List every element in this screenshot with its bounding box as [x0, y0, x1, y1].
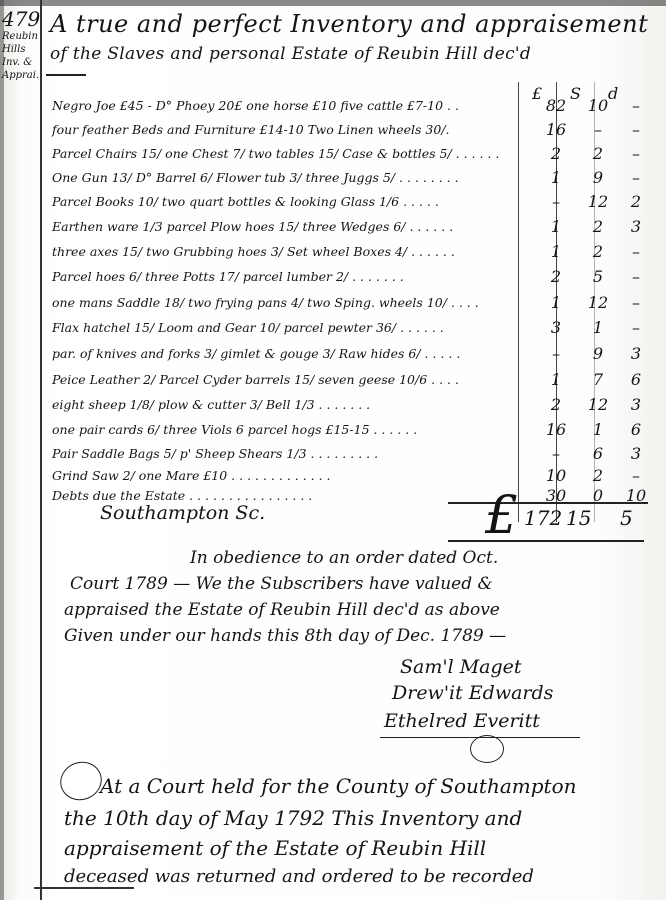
item-pounds: 2: [538, 144, 574, 163]
item-pounds: 1: [538, 168, 574, 187]
item-pence: 2: [618, 192, 654, 211]
item-description: Parcel Books 10/ two quart bottles & loo…: [52, 194, 439, 209]
item-pounds: –: [538, 344, 574, 363]
footer-rule: [34, 887, 134, 889]
item-shillings: 1: [580, 318, 616, 337]
item-pence: –: [618, 466, 654, 485]
county-heading: Southampton Sc.: [100, 502, 265, 524]
item-description: four feather Beds and Furniture £14-10 T…: [52, 122, 450, 137]
total-shillings: 15: [566, 506, 591, 530]
item-description: Peice Leather 2/ Parcel Cyder barrels 15…: [52, 372, 459, 387]
item-pence: –: [618, 144, 654, 163]
item-shillings: 2: [580, 144, 616, 163]
item-description: one pair cards 6/ three Viols 6 parcel h…: [52, 422, 417, 437]
item-shillings: 2: [580, 217, 616, 236]
item-description: Parcel Chairs 15/ one Chest 7/ two table…: [52, 146, 499, 161]
item-pounds: 16: [538, 420, 574, 439]
item-pounds: –: [538, 444, 574, 463]
item-pounds: 1: [538, 293, 574, 312]
certification-line: Given under our hands this 8th day of De…: [64, 626, 506, 646]
item-pence: 3: [618, 217, 654, 236]
item-shillings: 12: [580, 293, 616, 312]
court-record-line: the 10th day of May 1792 This Inventory …: [64, 806, 522, 830]
margin-note: 479 Reubin Hills Inv. & Apprai.: [2, 8, 40, 82]
signature: Sam'l Maget: [400, 656, 522, 678]
item-shillings: 7: [580, 370, 616, 389]
item-shillings: 12: [580, 395, 616, 414]
page-top-edge: [0, 0, 666, 6]
item-pence: –: [618, 267, 654, 286]
item-shillings: 12: [580, 192, 616, 211]
inventory-item: eight sheep 1/8/ plow & cutter 3/ Bell 1…: [52, 395, 662, 417]
page-number: 479: [2, 8, 40, 30]
inventory-item: Flax hatchel 15/ Loom and Gear 10/ parce…: [52, 318, 662, 340]
inventory-item: One Gun 13/ D° Barrel 6/ Flower tub 3/ t…: [52, 168, 662, 190]
item-description: Grind Saw 2/ one Mare £10 . . . . . . . …: [52, 468, 331, 483]
item-pence: 3: [618, 395, 654, 414]
item-pence: –: [618, 293, 654, 312]
margin-note-line: Hills: [2, 43, 40, 56]
certification-line: Court 1789 — We the Subscribers have val…: [70, 574, 493, 594]
item-pence: 6: [618, 420, 654, 439]
item-description: one mans Saddle 18/ two frying pans 4/ t…: [52, 295, 479, 310]
item-shillings: 1: [580, 420, 616, 439]
margin-note-line: Apprai.: [2, 69, 40, 82]
item-pence: 6: [618, 370, 654, 389]
item-shillings: 2: [580, 242, 616, 261]
signature: Drew'it Edwards: [392, 682, 553, 704]
inventory-item: Earthen ware 1/3 parcel Plow hoes 15/ th…: [52, 217, 662, 239]
item-pounds: 3: [538, 318, 574, 337]
court-record-line: deceased was returned and ordered to be …: [64, 866, 534, 887]
item-shillings: 9: [580, 344, 616, 363]
total-rule-bottom: [448, 540, 644, 542]
inventory-item: Pair Saddle Bags 5/ p' Sheep Shears 1/3 …: [52, 444, 662, 466]
item-description: Negro Joe £45 - D° Phoey 20£ one horse £…: [52, 98, 459, 113]
item-pounds: –: [538, 192, 574, 211]
inventory-item: par. of knives and forks 3/ gimlet & gou…: [52, 344, 662, 366]
page-left-edge: [0, 0, 4, 900]
inventory-item: Parcel Chairs 15/ one Chest 7/ two table…: [52, 144, 662, 166]
item-pounds: 2: [538, 395, 574, 414]
inventory-item: Parcel hoes 6/ three Potts 17/ parcel lu…: [52, 267, 662, 289]
certification-line: appraised the Estate of Reubin Hill dec'…: [64, 600, 500, 620]
item-description: three axes 15/ two Grubbing hoes 3/ Set …: [52, 244, 455, 259]
item-description: eight sheep 1/8/ plow & cutter 3/ Bell 1…: [52, 397, 370, 412]
total-rule-top: [448, 502, 648, 504]
inventory-item: one mans Saddle 18/ two frying pans 4/ t…: [52, 293, 662, 315]
signature: Ethelred Everitt: [384, 710, 540, 732]
item-shillings: 9: [580, 168, 616, 187]
court-record-line: At a Court held for the County of Southa…: [100, 774, 576, 798]
item-description: par. of knives and forks 3/ gimlet & gou…: [52, 346, 460, 361]
inventory-item: three axes 15/ two Grubbing hoes 3/ Set …: [52, 242, 662, 264]
ledger-page: 479 Reubin Hills Inv. & Apprai. A true a…: [0, 0, 666, 900]
inventory-item: Grind Saw 2/ one Mare £10 . . . . . . . …: [52, 466, 662, 488]
item-description: Pair Saddle Bags 5/ p' Sheep Shears 1/3 …: [52, 446, 378, 461]
item-shillings: 10: [580, 96, 616, 115]
item-description: Parcel hoes 6/ three Potts 17/ parcel lu…: [52, 269, 404, 284]
item-pounds: 2: [538, 267, 574, 286]
court-record-line: appraisement of the Estate of Reubin Hil…: [64, 836, 486, 860]
certification-line: In obedience to an order dated Oct.: [190, 548, 498, 568]
item-shillings: –: [580, 120, 616, 139]
margin-note-line: Inv. &: [2, 56, 40, 69]
title-underline: [46, 74, 86, 76]
item-shillings: 6: [580, 444, 616, 463]
document-subtitle: of the Slaves and personal Estate of Reu…: [50, 44, 531, 64]
document-title: A true and perfect Inventory and apprais…: [50, 10, 648, 38]
inventory-item: Peice Leather 2/ Parcel Cyder barrels 15…: [52, 370, 662, 392]
item-pence: –: [618, 96, 654, 115]
item-pence: –: [618, 242, 654, 261]
item-pence: 3: [618, 444, 654, 463]
item-pounds: 16: [538, 120, 574, 139]
inventory-item: one pair cards 6/ three Viols 6 parcel h…: [52, 420, 662, 442]
margin-note-line: Reubin: [2, 30, 40, 43]
item-description: Flax hatchel 15/ Loom and Gear 10/ parce…: [52, 320, 444, 335]
item-shillings: 2: [580, 466, 616, 485]
inventory-item: Negro Joe £45 - D° Phoey 20£ one horse £…: [52, 96, 662, 118]
seal-mark: [470, 735, 504, 763]
item-pence: –: [618, 120, 654, 139]
item-description: Earthen ware 1/3 parcel Plow hoes 15/ th…: [52, 219, 453, 234]
item-description: Debts due the Estate . . . . . . . . . .…: [52, 488, 312, 503]
pound-symbol: £: [485, 486, 518, 546]
item-pounds: 1: [538, 217, 574, 236]
item-pounds: 10: [538, 466, 574, 485]
total-pounds: 172: [524, 506, 562, 530]
margin-rule: [40, 0, 42, 900]
total-pence: 5: [620, 506, 633, 530]
item-pence: 3: [618, 344, 654, 363]
item-pence: –: [618, 318, 654, 337]
inventory-item: Parcel Books 10/ two quart bottles & loo…: [52, 192, 662, 214]
item-pounds: 1: [538, 242, 574, 261]
item-description: One Gun 13/ D° Barrel 6/ Flower tub 3/ t…: [52, 170, 459, 185]
inventory-item: four feather Beds and Furniture £14-10 T…: [52, 120, 662, 142]
item-pence: –: [618, 168, 654, 187]
item-shillings: 5: [580, 267, 616, 286]
item-pounds: 82: [538, 96, 574, 115]
item-pounds: 1: [538, 370, 574, 389]
